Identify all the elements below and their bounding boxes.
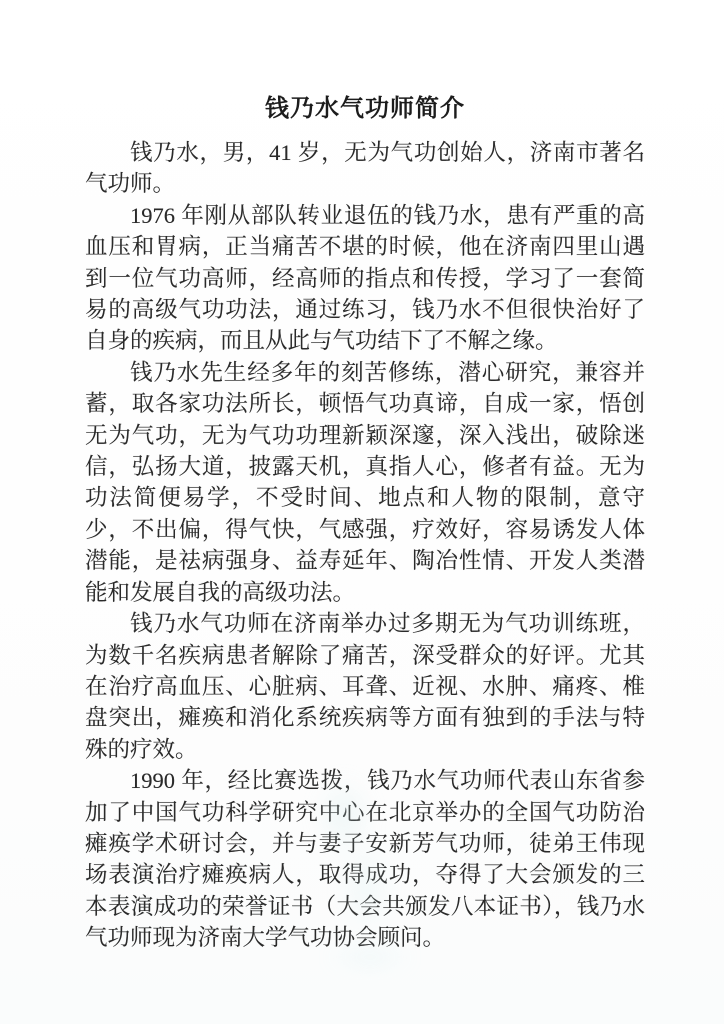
paragraph-1990-competition: 1990 年，经比赛选拨，钱乃水气功师代表山东省参加了中国气功科学研究中心在北京… [85,765,645,953]
scanned-document-page: 钱乃水气功师简介 钱乃水，男，41 岁，无为气功创始人，济南市著名气功师。 19… [0,0,724,1024]
document-body: 钱乃水气功师简介 钱乃水，男，41 岁，无为气功创始人，济南市著名气功师。 19… [85,88,645,954]
paragraph-training-classes: 钱乃水气功师在济南举办过多期无为气功训练班，为数千名疾病患者解除了痛苦，深受群众… [85,608,645,765]
paragraph-1976-history: 1976 年刚从部队转业退伍的钱乃水，患有严重的高血压和胃病，正当痛苦不堪的时候… [85,200,645,357]
document-title: 钱乃水气功师简介 [85,88,645,123]
paragraph-qigong-method: 钱乃水先生经多年的刻苦修练，潜心研究，兼容并蓄，取各家功法所长，顿悟气功真谛，自… [85,357,645,608]
paragraph-intro: 钱乃水，男，41 岁，无为气功创始人，济南市著名气功师。 [85,137,645,200]
